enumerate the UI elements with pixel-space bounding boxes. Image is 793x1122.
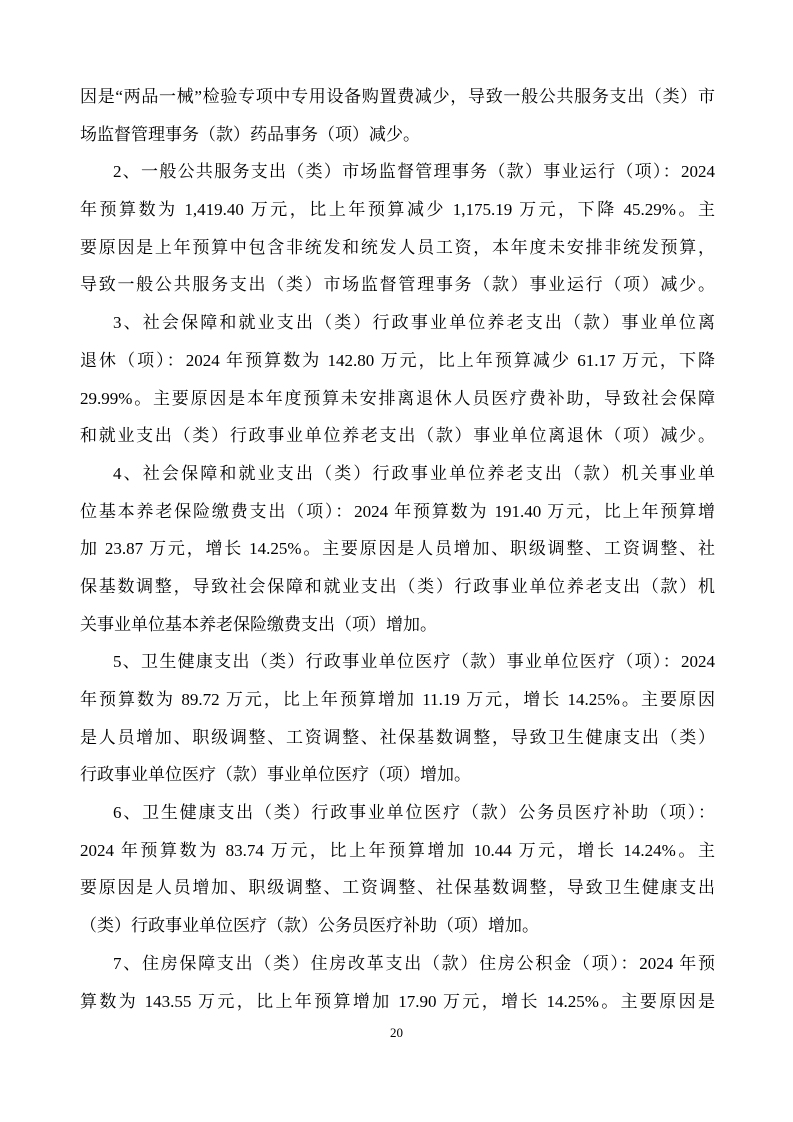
text-line: 4、社会保障和就业支出（类）行政事业单位养老支出（款）机关事业单	[80, 455, 715, 493]
paragraph-3: 3、社会保障和就业支出（类）行政事业单位养老支出（款）事业单位离退休（项）：20…	[80, 304, 715, 455]
document-body-text: 因是“两品一械”检验专项中专用设备购置费减少，导致一般公共服务支出（类）市场监督…	[80, 78, 715, 1020]
text-line: 因是“两品一械”检验专项中专用设备购置费减少，导致一般公共服务支出（类）市	[80, 78, 715, 116]
paragraph-7: 7、住房保障支出（类）住房改革支出（款）住房公积金（项）：2024 年预算数为 …	[80, 945, 715, 1020]
text-line: 3、社会保障和就业支出（类）行政事业单位养老支出（款）事业单位离	[80, 304, 715, 342]
paragraph-1-continuation: 因是“两品一械”检验专项中专用设备购置费减少，导致一般公共服务支出（类）市场监督…	[80, 78, 715, 153]
text-line: 是人员增加、职级调整、工资调整、社保基数调整，导致卫生健康支出（类）	[80, 719, 715, 757]
page-number: 20	[0, 1024, 793, 1042]
paragraph-6: 6、卫生健康支出（类）行政事业单位医疗（款）公务员医疗补助（项）：2024 年预…	[80, 794, 715, 945]
text-line: 关事业单位基本养老保险缴费支出（项）增加。	[80, 606, 715, 644]
text-line: 算数为 143.55 万元，比上年预算增加 17.90 万元，增长 14.25%…	[80, 983, 715, 1021]
text-line: 29.99%。主要原因是本年度预算未安排离退休人员医疗费补助，导致社会保障	[80, 380, 715, 418]
text-line: 保基数调整，导致社会保障和就业支出（类）行政事业单位养老支出（款）机	[80, 568, 715, 606]
text-line: 导致一般公共服务支出（类）市场监督管理事务（款）事业运行（项）减少。	[80, 266, 715, 304]
text-line: 要原因是上年预算中包含非统发和统发人员工资，本年度未安排非统发预算，	[80, 229, 715, 267]
text-line: 要原因是人员增加、职级调整、工资调整、社保基数调整，导致卫生健康支出	[80, 869, 715, 907]
text-line: 退休（项）：2024 年预算数为 142.80 万元，比上年预算减少 61.17…	[80, 342, 715, 380]
text-line: 2、一般公共服务支出（类）市场监督管理事务（款）事业运行（项）：2024	[80, 153, 715, 191]
paragraph-5: 5、卫生健康支出（类）行政事业单位医疗（款）事业单位医疗（项）：2024年预算数…	[80, 643, 715, 794]
text-line: 7、住房保障支出（类）住房改革支出（款）住房公积金（项）：2024 年预	[80, 945, 715, 983]
text-line: 行政事业单位医疗（款）事业单位医疗（项）增加。	[80, 756, 715, 794]
text-line: 加 23.87 万元，增长 14.25%。主要原因是人员增加、职级调整、工资调整…	[80, 530, 715, 568]
text-line: 2024 年预算数为 83.74 万元，比上年预算增加 10.44 万元，增长 …	[80, 832, 715, 870]
text-line: 6、卫生健康支出（类）行政事业单位医疗（款）公务员医疗补助（项）：	[80, 794, 715, 832]
paragraph-4: 4、社会保障和就业支出（类）行政事业单位养老支出（款）机关事业单位基本养老保险缴…	[80, 455, 715, 643]
text-line: 年预算数为 1,419.40 万元，比上年预算减少 1,175.19 万元，下降…	[80, 191, 715, 229]
text-line: 5、卫生健康支出（类）行政事业单位医疗（款）事业单位医疗（项）：2024	[80, 643, 715, 681]
text-line: 位基本养老保险缴费支出（项）：2024 年预算数为 191.40 万元，比上年预…	[80, 493, 715, 531]
text-line: 年预算数为 89.72 万元，比上年预算增加 11.19 万元，增长 14.25…	[80, 681, 715, 719]
text-line: 场监督管理事务（款）药品事务（项）减少。	[80, 116, 715, 154]
text-line: 和就业支出（类）行政事业单位养老支出（款）事业单位离退休（项）减少。	[80, 417, 715, 455]
text-line: （类）行政事业单位医疗（款）公务员医疗补助（项）增加。	[80, 907, 715, 945]
paragraph-2: 2、一般公共服务支出（类）市场监督管理事务（款）事业运行（项）：2024年预算数…	[80, 153, 715, 304]
document-page: 因是“两品一械”检验专项中专用设备购置费减少，导致一般公共服务支出（类）市场监督…	[0, 0, 793, 1122]
